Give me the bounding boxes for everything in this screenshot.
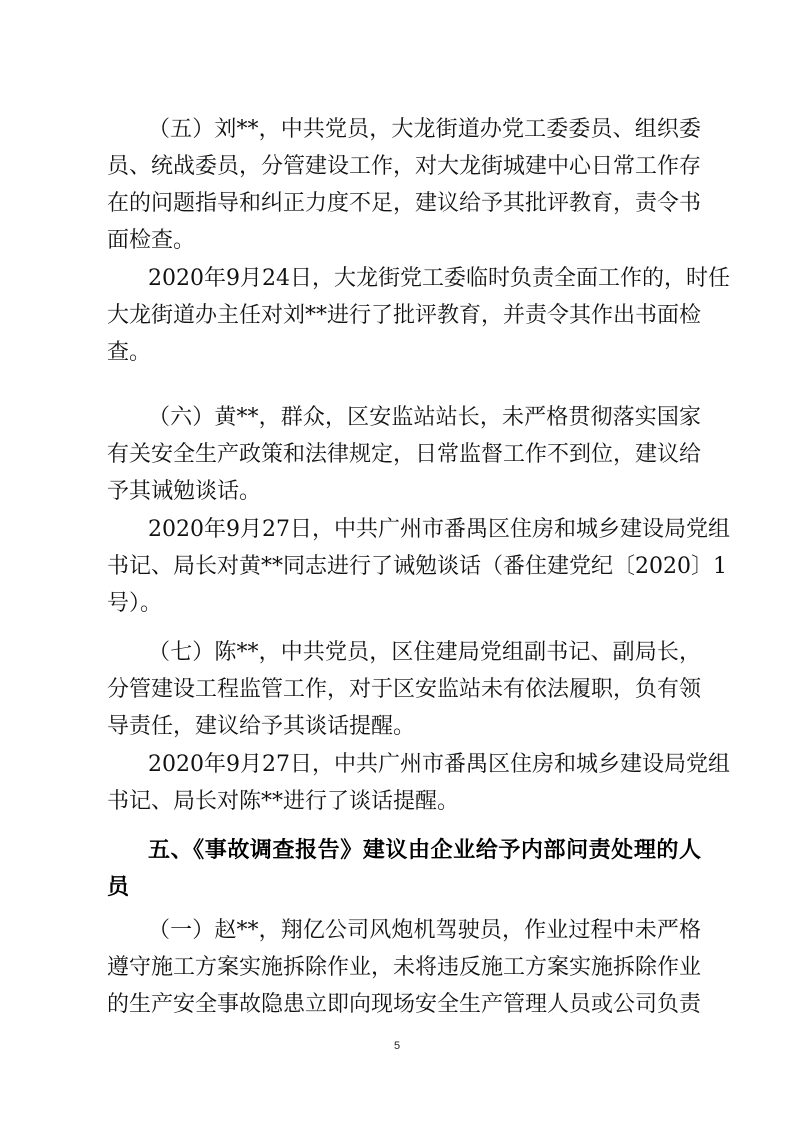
paragraph-line: 号）。 bbox=[107, 587, 701, 621]
paragraph-line: 员、统战委员，分管建设工作，对大龙街城建中心日常工作存 bbox=[107, 150, 701, 184]
paragraph-line: （七）陈**，中共党员，区住建局党组副书记、副局长， bbox=[148, 636, 701, 670]
paragraph-line: 导责任，建议给予其谈话提醒。 bbox=[107, 710, 701, 744]
paragraph-line: 予其诫勉谈话。 bbox=[107, 475, 701, 509]
paragraph-line: 2020年9月24日，大龙街党工委临时负责全面工作的，时任 bbox=[148, 262, 701, 296]
paragraph-line: 的生产安全事故隐患立即向现场安全生产管理人员或公司负责 bbox=[107, 988, 701, 1022]
document-page: （五）刘**，中共党员，大龙街道办党工委委员、组织委 员、统战委员，分管建设工作… bbox=[0, 0, 794, 1123]
paragraph-line: 遵守施工方案实施拆除作业，未将违反施工方案实施拆除作业 bbox=[107, 951, 701, 985]
paragraph-line: （一）赵**，翔亿公司风炮机驾驶员，作业过程中未严格 bbox=[148, 914, 701, 948]
paragraph-line: 2020年9月27日，中共广州市番禺区住房和城乡建设局党组 bbox=[148, 513, 701, 547]
paragraph-line: 大龙街道办主任对刘**进行了批评教育，并责令其作出书面检 bbox=[107, 299, 701, 333]
paragraph-line: 面检查。 bbox=[107, 224, 701, 258]
paragraph-line: 书记、局长对陈**进行了谈话提醒。 bbox=[107, 785, 701, 819]
page-number: 5 bbox=[390, 1040, 404, 1052]
paragraph-line: 有关安全生产政策和法律规定，日常监督工作不到位，建议给 bbox=[107, 438, 701, 472]
paragraph-line: （六）黄**，群众，区安监站站长，未严格贯彻落实国家 bbox=[148, 401, 701, 435]
paragraph-line: （五）刘**，中共党员，大龙街道办党工委委员、组织委 bbox=[148, 113, 701, 147]
paragraph-line: 2020年9月27日，中共广州市番禺区住房和城乡建设局党组 bbox=[148, 748, 701, 782]
section-heading: 员 bbox=[107, 871, 701, 905]
section-heading: 五、《事故调查报告》建议由企业给予内部问责处理的人 bbox=[148, 834, 701, 868]
paragraph-line: 分管建设工程监管工作，对于区安监站未有依法履职，负有领 bbox=[107, 673, 701, 707]
paragraph-line: 在的问题指导和纠正力度不足，建议给予其批评教育，责令书 bbox=[107, 187, 701, 221]
paragraph-line: 查。 bbox=[107, 336, 701, 370]
paragraph-line: 书记、局长对黄**同志进行了诫勉谈话（番住建党纪〔2020〕1 bbox=[107, 550, 701, 584]
